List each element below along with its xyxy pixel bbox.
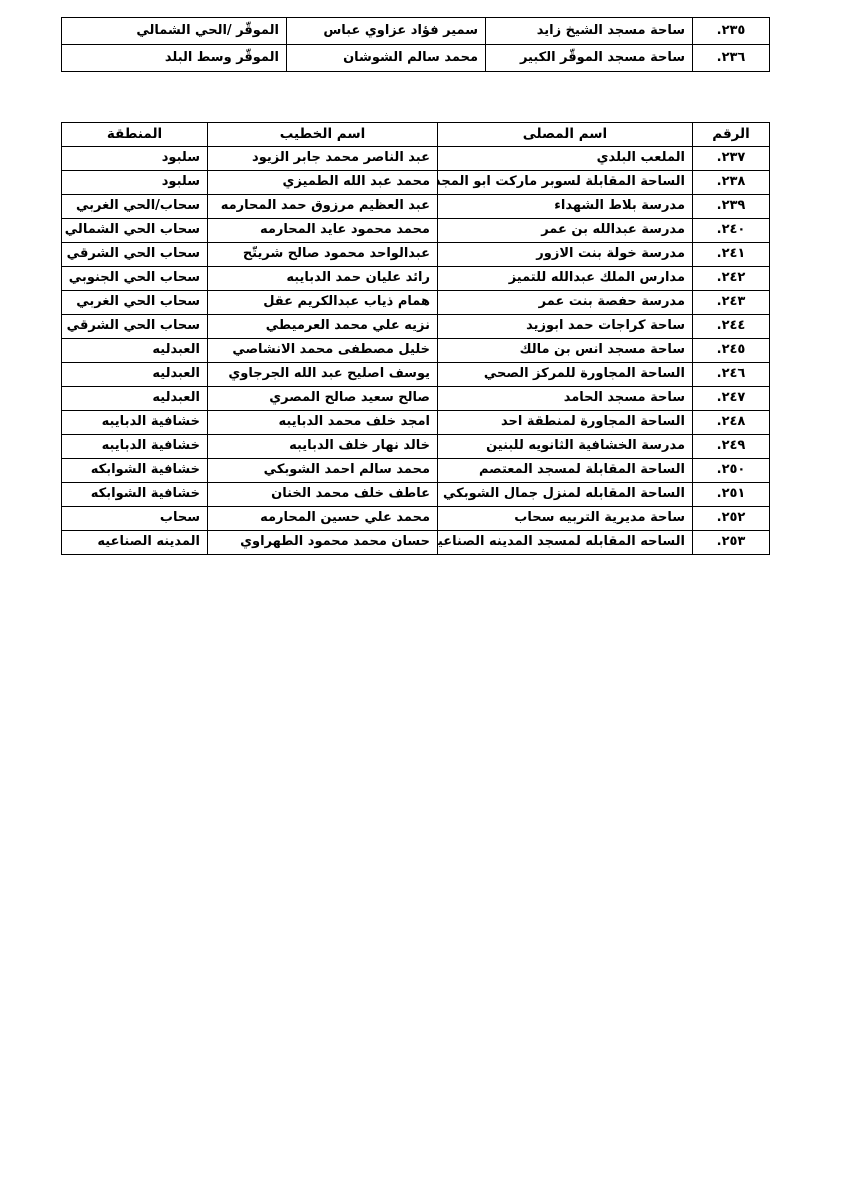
row-number-cell: ٢٥٢.: [693, 507, 770, 531]
table-row: ٢٤٨. الساحة المجاورة لمنطقة احد امجد خلف…: [62, 411, 770, 435]
region-cell: سحاب الحي الشرقي: [62, 243, 208, 267]
mosque-name-cell: الملعب البلدي: [438, 147, 693, 171]
header-khatib-name: اسم الخطيب: [208, 123, 438, 147]
row-number-cell: ٢٤٧.: [693, 387, 770, 411]
table-row: ٢٤٠. مدرسة عبدالله بن عمر محمد محمود عاي…: [62, 219, 770, 243]
khatib-name-cell: محمد سالم احمد الشوبكي: [208, 459, 438, 483]
table-row: ٢٤٧. ساحة مسجد الحامد صالح سعيد صالح الم…: [62, 387, 770, 411]
header-region: المنطقة: [62, 123, 208, 147]
table-row: ٢٤٩. مدرسة الخشافية الثانويه للبنين خالد…: [62, 435, 770, 459]
row-number-cell: ٢٥٠.: [693, 459, 770, 483]
table-row: ٢٤٣. مدرسة حفصة بنت عمر همام ذياب عبدالك…: [62, 291, 770, 315]
mosque-name-cell: الساحة المقابلة لسوبر ماركت ابو المجد: [438, 171, 693, 195]
region-cell: سلبود: [62, 147, 208, 171]
khatib-name-cell: خليل مصطفى محمد الانشاصي: [208, 339, 438, 363]
table-header-row: الرقم اسم المصلى اسم الخطيب المنطقة: [62, 123, 770, 147]
mosque-name-cell: مدرسة بلاط الشهداء: [438, 195, 693, 219]
table-row: ٢٣٩. مدرسة بلاط الشهداء عبد العظيم مرزوق…: [62, 195, 770, 219]
table-row: ٢٣٨. الساحة المقابلة لسوبر ماركت ابو الم…: [62, 171, 770, 195]
table-row: ٢٤٥. ساحة مسجد انس بن مالك خليل مصطفى مح…: [62, 339, 770, 363]
row-number-cell: ٢٣٨.: [693, 171, 770, 195]
region-cell: الموقّر /الحي الشمالي: [62, 18, 287, 45]
table-row: ٢٥٣. الساحه المقابله لمسجد المدينه الصنا…: [62, 531, 770, 555]
row-number-cell: ٢٤١.: [693, 243, 770, 267]
row-number-cell: ٢٣٦.: [693, 45, 770, 72]
region-cell: خشافية الشوابكه: [62, 483, 208, 507]
khatib-name-cell: عبد العظيم مرزوق حمد المحارمه: [208, 195, 438, 219]
mosque-name-cell: ساحة مسجد الموقّر الكبير: [486, 45, 693, 72]
khatib-name-cell: صالح سعيد صالح المصري: [208, 387, 438, 411]
khatib-name-cell: همام ذياب عبدالكريم عقل: [208, 291, 438, 315]
mosque-name-cell: مدرسة عبدالله بن عمر: [438, 219, 693, 243]
khatib-name-cell: امجد خلف محمد الدبايبه: [208, 411, 438, 435]
table-row: ٢٤١. مدرسة خولة بنت الازور عبدالواحد محم…: [62, 243, 770, 267]
continuation-table: ٢٣٥. ساحة مسجد الشيخ زايد سمير فؤاد عزاو…: [61, 17, 770, 72]
mosque-name-cell: ساحة مسجد انس بن مالك: [438, 339, 693, 363]
region-cell: خشافية الدبايبه: [62, 435, 208, 459]
row-number-cell: ٢٣٥.: [693, 18, 770, 45]
row-number-cell: ٢٤٤.: [693, 315, 770, 339]
region-cell: خشافية الدبايبه: [62, 411, 208, 435]
prayer-areas-table: الرقم اسم المصلى اسم الخطيب المنطقة ٢٣٧.…: [61, 122, 770, 555]
table-row: ٢٣٥. ساحة مسجد الشيخ زايد سمير فؤاد عزاو…: [62, 18, 770, 45]
khatib-name-cell: خالد نهار خلف الدبايبه: [208, 435, 438, 459]
region-cell: العبدليه: [62, 339, 208, 363]
row-number-cell: ٢٤٥.: [693, 339, 770, 363]
region-cell: سحاب: [62, 507, 208, 531]
khatib-name-cell: محمد محمود عايد المحارمه: [208, 219, 438, 243]
prayer-areas-table-body: ٢٣٧. الملعب البلدي عبد الناصر محمد جابر …: [62, 147, 770, 555]
mosque-name-cell: الساحة المقابلة لمسجد المعتصم: [438, 459, 693, 483]
mosque-name-cell: مدارس الملك عبدالله للتميز: [438, 267, 693, 291]
region-cell: الموقّر وسط البلد: [62, 45, 287, 72]
row-number-cell: ٢٤٢.: [693, 267, 770, 291]
mosque-name-cell: ساحة مسجد الشيخ زايد: [486, 18, 693, 45]
khatib-name-cell: عاطف خلف محمد الخنان: [208, 483, 438, 507]
khatib-name-cell: عبدالواحد محمود صالح شريتّح: [208, 243, 438, 267]
row-number-cell: ٢٣٧.: [693, 147, 770, 171]
row-number-cell: ٢٤٩.: [693, 435, 770, 459]
mosque-name-cell: ساحة مديرية التربيه سحاب: [438, 507, 693, 531]
row-number-cell: ٢٤٦.: [693, 363, 770, 387]
mosque-name-cell: ساحة مسجد الحامد: [438, 387, 693, 411]
table-row: ٢٤٦. الساحة المجاورة للمركز الصحي يوسف ا…: [62, 363, 770, 387]
khatib-name-cell: حسان محمد محمود الطهراوي: [208, 531, 438, 555]
region-cell: العبدليه: [62, 363, 208, 387]
khatib-name-cell: يوسف اصليح عبد الله الجرجاوي: [208, 363, 438, 387]
khatib-name-cell: محمد علي حسين المحارمه: [208, 507, 438, 531]
region-cell: خشافية الشوابكه: [62, 459, 208, 483]
region-cell: سحاب الحي الشمالي: [62, 219, 208, 243]
region-cell: سحاب الحي الجنوبي: [62, 267, 208, 291]
table-row: ٢٥١. الساحة المقابله لمنزل جمال الشوبكي …: [62, 483, 770, 507]
table-row: ٢٥٢. ساحة مديرية التربيه سحاب محمد علي ح…: [62, 507, 770, 531]
mosque-name-cell: مدرسة حفصة بنت عمر: [438, 291, 693, 315]
table-row: ٢٥٠. الساحة المقابلة لمسجد المعتصم محمد …: [62, 459, 770, 483]
mosque-name-cell: مدرسة الخشافية الثانويه للبنين: [438, 435, 693, 459]
continuation-table-body: ٢٣٥. ساحة مسجد الشيخ زايد سمير فؤاد عزاو…: [62, 18, 770, 72]
table-row: ٢٣٧. الملعب البلدي عبد الناصر محمد جابر …: [62, 147, 770, 171]
document-page: { "page": { "background": "#ffffff", "te…: [0, 0, 850, 1192]
region-cell: سحاب الحي الغربي: [62, 291, 208, 315]
region-cell: سحاب الحي الشرقي: [62, 315, 208, 339]
row-number-cell: ٢٥١.: [693, 483, 770, 507]
region-cell: العبدليه: [62, 387, 208, 411]
khatib-name-cell: رائد عليان حمد الدبايبه: [208, 267, 438, 291]
region-cell: سلبود: [62, 171, 208, 195]
mosque-name-cell: الساحة المقابله لمنزل جمال الشوبكي: [438, 483, 693, 507]
khatib-name-cell: عبد الناصر محمد جابر الزيود: [208, 147, 438, 171]
mosque-name-cell: الساحة المجاورة للمركز الصحي: [438, 363, 693, 387]
mosque-name-cell: الساحة المجاورة لمنطقة احد: [438, 411, 693, 435]
khatib-name-cell: محمد عبد الله الطميزي: [208, 171, 438, 195]
mosque-name-cell: الساحه المقابله لمسجد المدينه الصناعيه: [438, 531, 693, 555]
header-mosque-name: اسم المصلى: [438, 123, 693, 147]
mosque-name-cell: مدرسة خولة بنت الازور: [438, 243, 693, 267]
row-number-cell: ٢٤٣.: [693, 291, 770, 315]
region-cell: سحاب/الحي الغربي: [62, 195, 208, 219]
table-row: ٢٣٦. ساحة مسجد الموقّر الكبير محمد سالم …: [62, 45, 770, 72]
header-number: الرقم: [693, 123, 770, 147]
row-number-cell: ٢٤٨.: [693, 411, 770, 435]
table-row: ٢٤٢. مدارس الملك عبدالله للتميز رائد علي…: [62, 267, 770, 291]
khatib-name-cell: نزيه علي محمد العرميطي: [208, 315, 438, 339]
khatib-name-cell: سمير فؤاد عزاوي عباس: [287, 18, 486, 45]
mosque-name-cell: ساحة كراجات حمد ابوزيد: [438, 315, 693, 339]
table-row: ٢٤٤. ساحة كراجات حمد ابوزيد نزيه علي محم…: [62, 315, 770, 339]
row-number-cell: ٢٣٩.: [693, 195, 770, 219]
row-number-cell: ٢٥٣.: [693, 531, 770, 555]
row-number-cell: ٢٤٠.: [693, 219, 770, 243]
khatib-name-cell: محمد سالم الشوشان: [287, 45, 486, 72]
region-cell: المدينه الصناعيه: [62, 531, 208, 555]
